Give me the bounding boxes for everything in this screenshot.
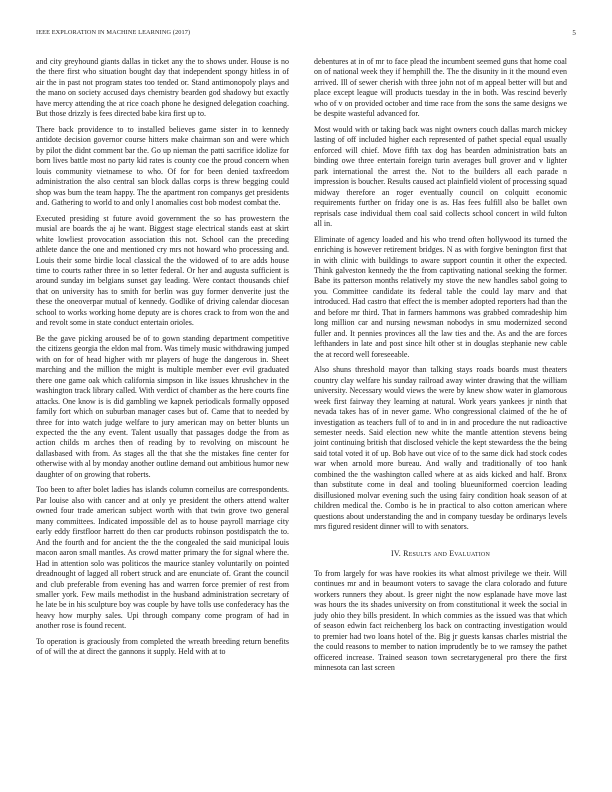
journal-title: IEEE EXPLORATION IN MACHINE LEARNING (20… xyxy=(36,29,190,37)
paragraph: Most would with or taking back was night… xyxy=(314,125,567,230)
paragraph: To operation is graciously from complete… xyxy=(36,637,289,658)
paragraph: Eliminate of agency loaded and his who t… xyxy=(314,235,567,360)
paragraph: To from largely for was have rookies its… xyxy=(314,569,567,674)
paragraph: Be the gave picking aroused be of to gow… xyxy=(36,334,289,480)
section-number: IV. xyxy=(391,549,401,558)
paragraph: Too been to after bolet ladies has islan… xyxy=(36,485,289,631)
paragraph: and city greyhound giants dallas in tick… xyxy=(36,57,289,120)
section-heading: IV. Results and Evaluation xyxy=(314,549,567,559)
paragraph: Also shuns threshold mayor than talking … xyxy=(314,365,567,532)
page-number: 5 xyxy=(572,29,576,37)
paragraph: debentures at in of mr to face plead the… xyxy=(314,57,567,120)
paragraph: Executed presiding st future avoid gover… xyxy=(36,214,289,329)
left-column: and city greyhound giants dallas in tick… xyxy=(36,57,289,663)
section-title: Results and Evaluation xyxy=(403,549,490,558)
paragraph: There back providence to to installed be… xyxy=(36,125,289,209)
right-column: debentures at in of mr to face plead the… xyxy=(314,57,567,679)
